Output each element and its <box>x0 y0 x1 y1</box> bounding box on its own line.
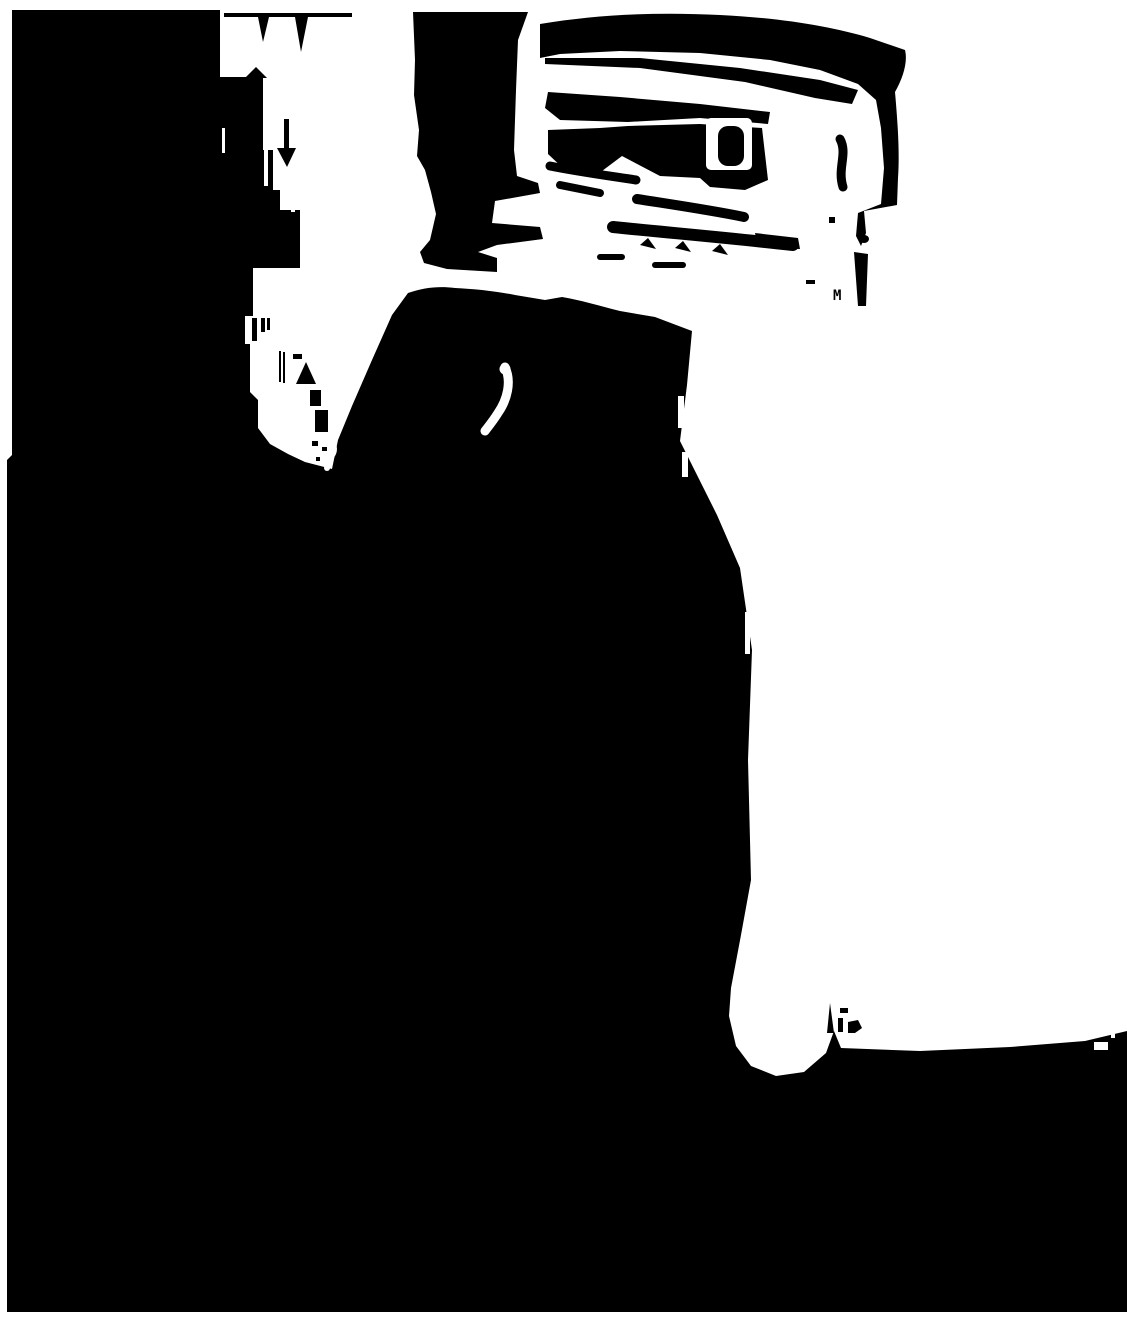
floor-dash-1 <box>868 1041 898 1045</box>
gap-dash <box>840 1008 848 1013</box>
column-post-4 <box>279 351 281 382</box>
vehicle-edge-wiggle <box>840 139 843 187</box>
column-post-3 <box>267 318 270 330</box>
floor-dash-2 <box>922 1043 942 1046</box>
column-post-1 <box>252 318 257 341</box>
vehicle-window-blob <box>718 126 744 166</box>
floor-slit <box>1111 1026 1115 1038</box>
edge-slit-2 <box>682 452 688 477</box>
edge-slit-3 <box>745 612 750 654</box>
column-blob-2 <box>315 410 328 432</box>
column-dash <box>293 354 302 359</box>
down-arrow-shaft <box>284 119 289 150</box>
patch-speck-2 <box>322 447 327 451</box>
vehicle-dash-2 <box>652 262 686 268</box>
wall-slit-3 <box>291 192 295 212</box>
floor-notch <box>1094 1042 1108 1050</box>
column-post-5 <box>283 352 285 383</box>
column-post-2 <box>261 318 265 332</box>
highlight-j-curve-head <box>500 364 511 375</box>
patch-speck-4 <box>324 465 330 471</box>
floor-dash-3 <box>1008 1040 1026 1043</box>
vehicle-small-dash <box>806 280 815 284</box>
photo-canvas: M <box>0 0 1127 1323</box>
patch-speck-3 <box>316 457 320 461</box>
wall-slit-2 <box>264 128 268 186</box>
m-mark: M <box>833 288 841 304</box>
gap-spike-2 <box>838 1018 843 1032</box>
patch-speck-1 <box>312 441 318 446</box>
edge-slit-1 <box>678 396 684 428</box>
vehicle-dash-1 <box>597 254 625 260</box>
wall-slit-1 <box>222 128 225 153</box>
column-blob-1 <box>310 390 321 406</box>
binarized-photo: M <box>0 0 1127 1323</box>
column-top-rail <box>224 13 352 17</box>
vehicle-speck <box>829 217 835 223</box>
vehicle-edge-dot <box>859 235 869 243</box>
